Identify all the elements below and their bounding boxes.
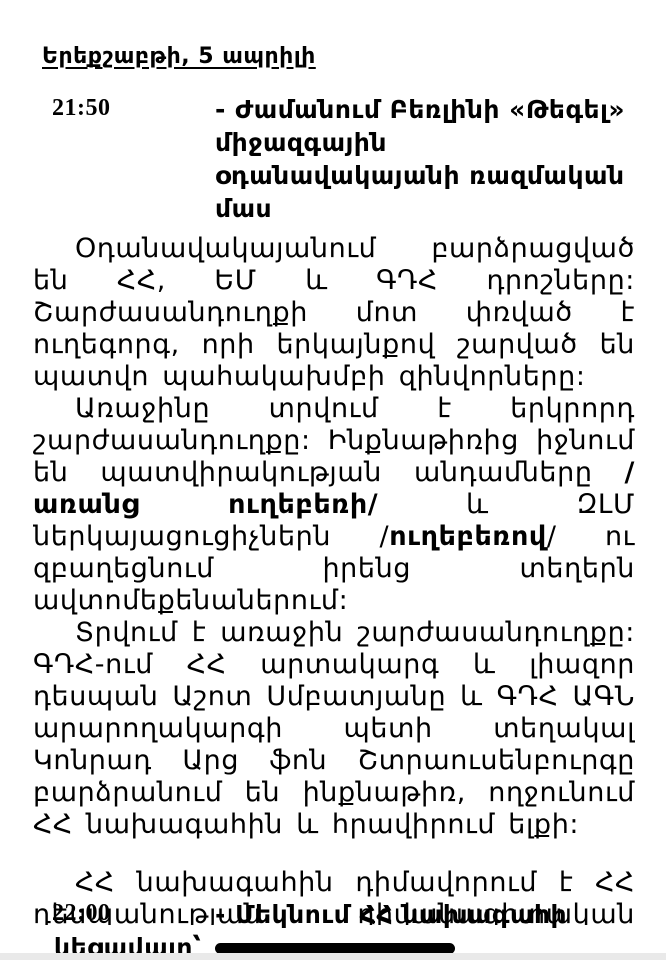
page-bottom-edge — [0, 953, 666, 960]
entry-time: 21:50 — [52, 93, 215, 122]
text: Առաջինը տրվում է երկրորդ շարժասանդուղքը:… — [33, 393, 635, 488]
entry-text: - Ժամանում Բեռլինի «Թեգել» միջազգային օդ… — [215, 93, 635, 225]
body-paragraph: Օդանավակայանում բարձրացված են ՀՀ, ԵՄ և Գ… — [33, 233, 635, 393]
schedule-entry-2200: 22:00 - Մեկնում ՀՀ նախագահի կեցավայր՝ — [0, 898, 666, 960]
entry-time: 22:00 — [52, 898, 215, 927]
schedule-entry-2150: 21:50 - Ժամանում Բեռլինի «Թեգել» միջազգա… — [0, 93, 666, 225]
text: Տրվում է առաջին շարժասանդուղքը: ԳԴՀ-ում … — [33, 617, 635, 840]
date-header: Երեքշաբթի, 5 ապրիլի — [42, 44, 666, 69]
body-paragraph: Առաջինը տրվում է երկրորդ շարժասանդուղքը:… — [33, 393, 635, 617]
bold-text: ուղեբեռով — [389, 521, 547, 552]
document-page: Երեքշաբթի, 5 ապրիլի 21:50 - Ժամանում Բեռ… — [0, 0, 666, 960]
body-paragraphs: Օդանավակայանում բարձրացված են ՀՀ, ԵՄ և Գ… — [33, 233, 635, 925]
entry-text: - Մեկնում ՀՀ նախագահի — [215, 898, 635, 931]
body-paragraph: Տրվում է առաջին շարժասանդուղքը: ԳԴՀ-ում … — [33, 617, 635, 841]
text: Օդանավակայանում բարձրացված են ՀՀ, ԵՄ և Գ… — [33, 233, 635, 392]
